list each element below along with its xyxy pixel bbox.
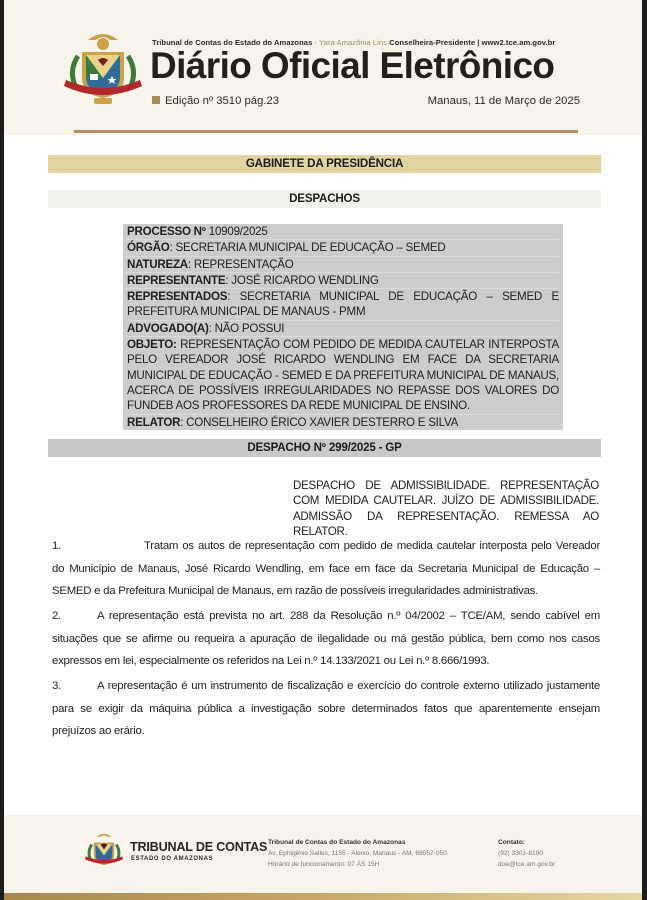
field-label: RELATOR bbox=[127, 416, 180, 429]
coat-of-arms-icon bbox=[82, 829, 126, 871]
footer-gold-bar bbox=[4, 893, 642, 900]
process-row-object: OBJETO: REPRESENTAÇÃO COM PEDIDO DE MEDI… bbox=[127, 337, 559, 414]
process-row-represented: REPRESENTADOS: SECRETARIA MUNICIPAL DE E… bbox=[127, 289, 559, 321]
field-label: ADVOGADO(A) bbox=[127, 322, 209, 335]
process-summary: PROCESSO Nº 10909/2025 ÓRGÃO: SECRETARIA… bbox=[123, 224, 563, 430]
section-heading-category: DESPACHOS bbox=[48, 190, 601, 208]
process-row-number: PROCESSO Nº 10909/2025 bbox=[127, 224, 559, 240]
field-sep: : bbox=[227, 290, 239, 303]
field-value: 10909/2025 bbox=[209, 225, 268, 238]
field-value: CONSELHEIRO ÉRICO XAVIER DESTERRO E SILV… bbox=[186, 416, 458, 429]
field-value: JOSÉ RICARDO WENDLING bbox=[231, 274, 378, 287]
document-page: Tribunal de Contas do Estado do Amazonas… bbox=[4, 0, 642, 900]
field-label: PROCESSO Nº bbox=[127, 225, 206, 238]
contact-phone: (92) 3301-8180 bbox=[498, 848, 555, 859]
section-heading-cabinet: GABINETE DA PRESIDÊNCIA bbox=[48, 155, 601, 173]
footer-brand: TRIBUNAL DE CONTAS bbox=[130, 840, 267, 854]
field-label: OBJETO: bbox=[127, 338, 177, 351]
field-value: SECRETARIA MUNICIPAL DE EDUCAÇÃO – SEMED bbox=[176, 241, 446, 254]
publication-date: Manaus, 11 de Março de 2025 bbox=[428, 95, 580, 107]
address-line: Av. Ephigênio Salles, 1155 - Aleixo, Man… bbox=[268, 848, 449, 859]
field-label: REPRESENTANTE bbox=[127, 274, 225, 287]
edition-number: Edição nº 3510 pág.23 bbox=[165, 95, 279, 107]
paragraph-number: 2. bbox=[52, 605, 97, 628]
contact-title: Contato: bbox=[498, 837, 555, 848]
paragraph-number: 1. bbox=[52, 535, 144, 558]
process-row-lawyer: ADVOGADO(A): NÃO POSSUI bbox=[127, 321, 559, 337]
square-bullet-icon bbox=[152, 96, 160, 104]
paragraph-3: 3.A representação é um instrumento de fi… bbox=[52, 675, 600, 743]
contact-email[interactable]: doe@tce.am.gov.br bbox=[498, 859, 555, 870]
opening-hours: Horário de funcionamento: 07 ÀS 15H bbox=[268, 859, 449, 870]
footer-brand-subtitle: ESTADO DO AMAZONAS bbox=[131, 856, 213, 862]
paragraph-number: 3. bbox=[52, 675, 97, 698]
publication-title: Diário Oficial Eletrônico bbox=[150, 47, 554, 84]
field-value: REPRESENTAÇÃO bbox=[194, 258, 294, 271]
despacho-summary: DESPACHO DE ADMISSIBILIDADE. REPRESENTAÇ… bbox=[293, 478, 599, 539]
paragraph-text: A representação é um instrumento de fisc… bbox=[52, 680, 600, 737]
field-value: NÃO POSSUI bbox=[215, 322, 285, 335]
paragraph-2: 2.A representação está prevista no art. … bbox=[52, 605, 600, 673]
masthead: Tribunal de Contas do Estado do Amazonas… bbox=[4, 0, 642, 135]
paragraph-1: 1.Tratam os autos de representação com p… bbox=[52, 535, 600, 603]
edition-info: Edição nº 3510 pág.23 bbox=[152, 95, 279, 107]
field-label: NATUREZA bbox=[127, 258, 188, 271]
footer-contact: Contato: (92) 3301-8180 doe@tce.am.gov.b… bbox=[498, 837, 555, 870]
address-title: Tribunal de Contas do Estado do Amazonas bbox=[268, 837, 449, 848]
field-value: REPRESENTAÇÃO COM PEDIDO DE MEDIDA CAUTE… bbox=[127, 338, 559, 412]
field-label: ÓRGÃO bbox=[127, 241, 170, 254]
despacho-title: DESPACHO Nº 299/2025 - GP bbox=[48, 439, 601, 457]
footer-address: Tribunal de Contas do Estado do Amazonas… bbox=[268, 837, 449, 870]
coat-of-arms-icon bbox=[58, 26, 148, 108]
field-label: REPRESENTADOS bbox=[127, 290, 227, 303]
process-row-representative: REPRESENTANTE: JOSÉ RICARDO WENDLING bbox=[127, 273, 559, 289]
paragraph-text: A representação está prevista no art. 28… bbox=[52, 610, 600, 667]
process-row-nature: NATUREZA: REPRESENTAÇÃO bbox=[127, 257, 559, 273]
header-divider bbox=[74, 130, 578, 133]
page-footer: TRIBUNAL DE CONTAS ESTADO DO AMAZONAS Tr… bbox=[4, 815, 642, 893]
process-row-rapporteur: RELATOR: CONSELHEIRO ÉRICO XAVIER DESTER… bbox=[127, 415, 559, 430]
process-row-organ: ÓRGÃO: SECRETARIA MUNICIPAL DE EDUCAÇÃO … bbox=[127, 240, 559, 256]
